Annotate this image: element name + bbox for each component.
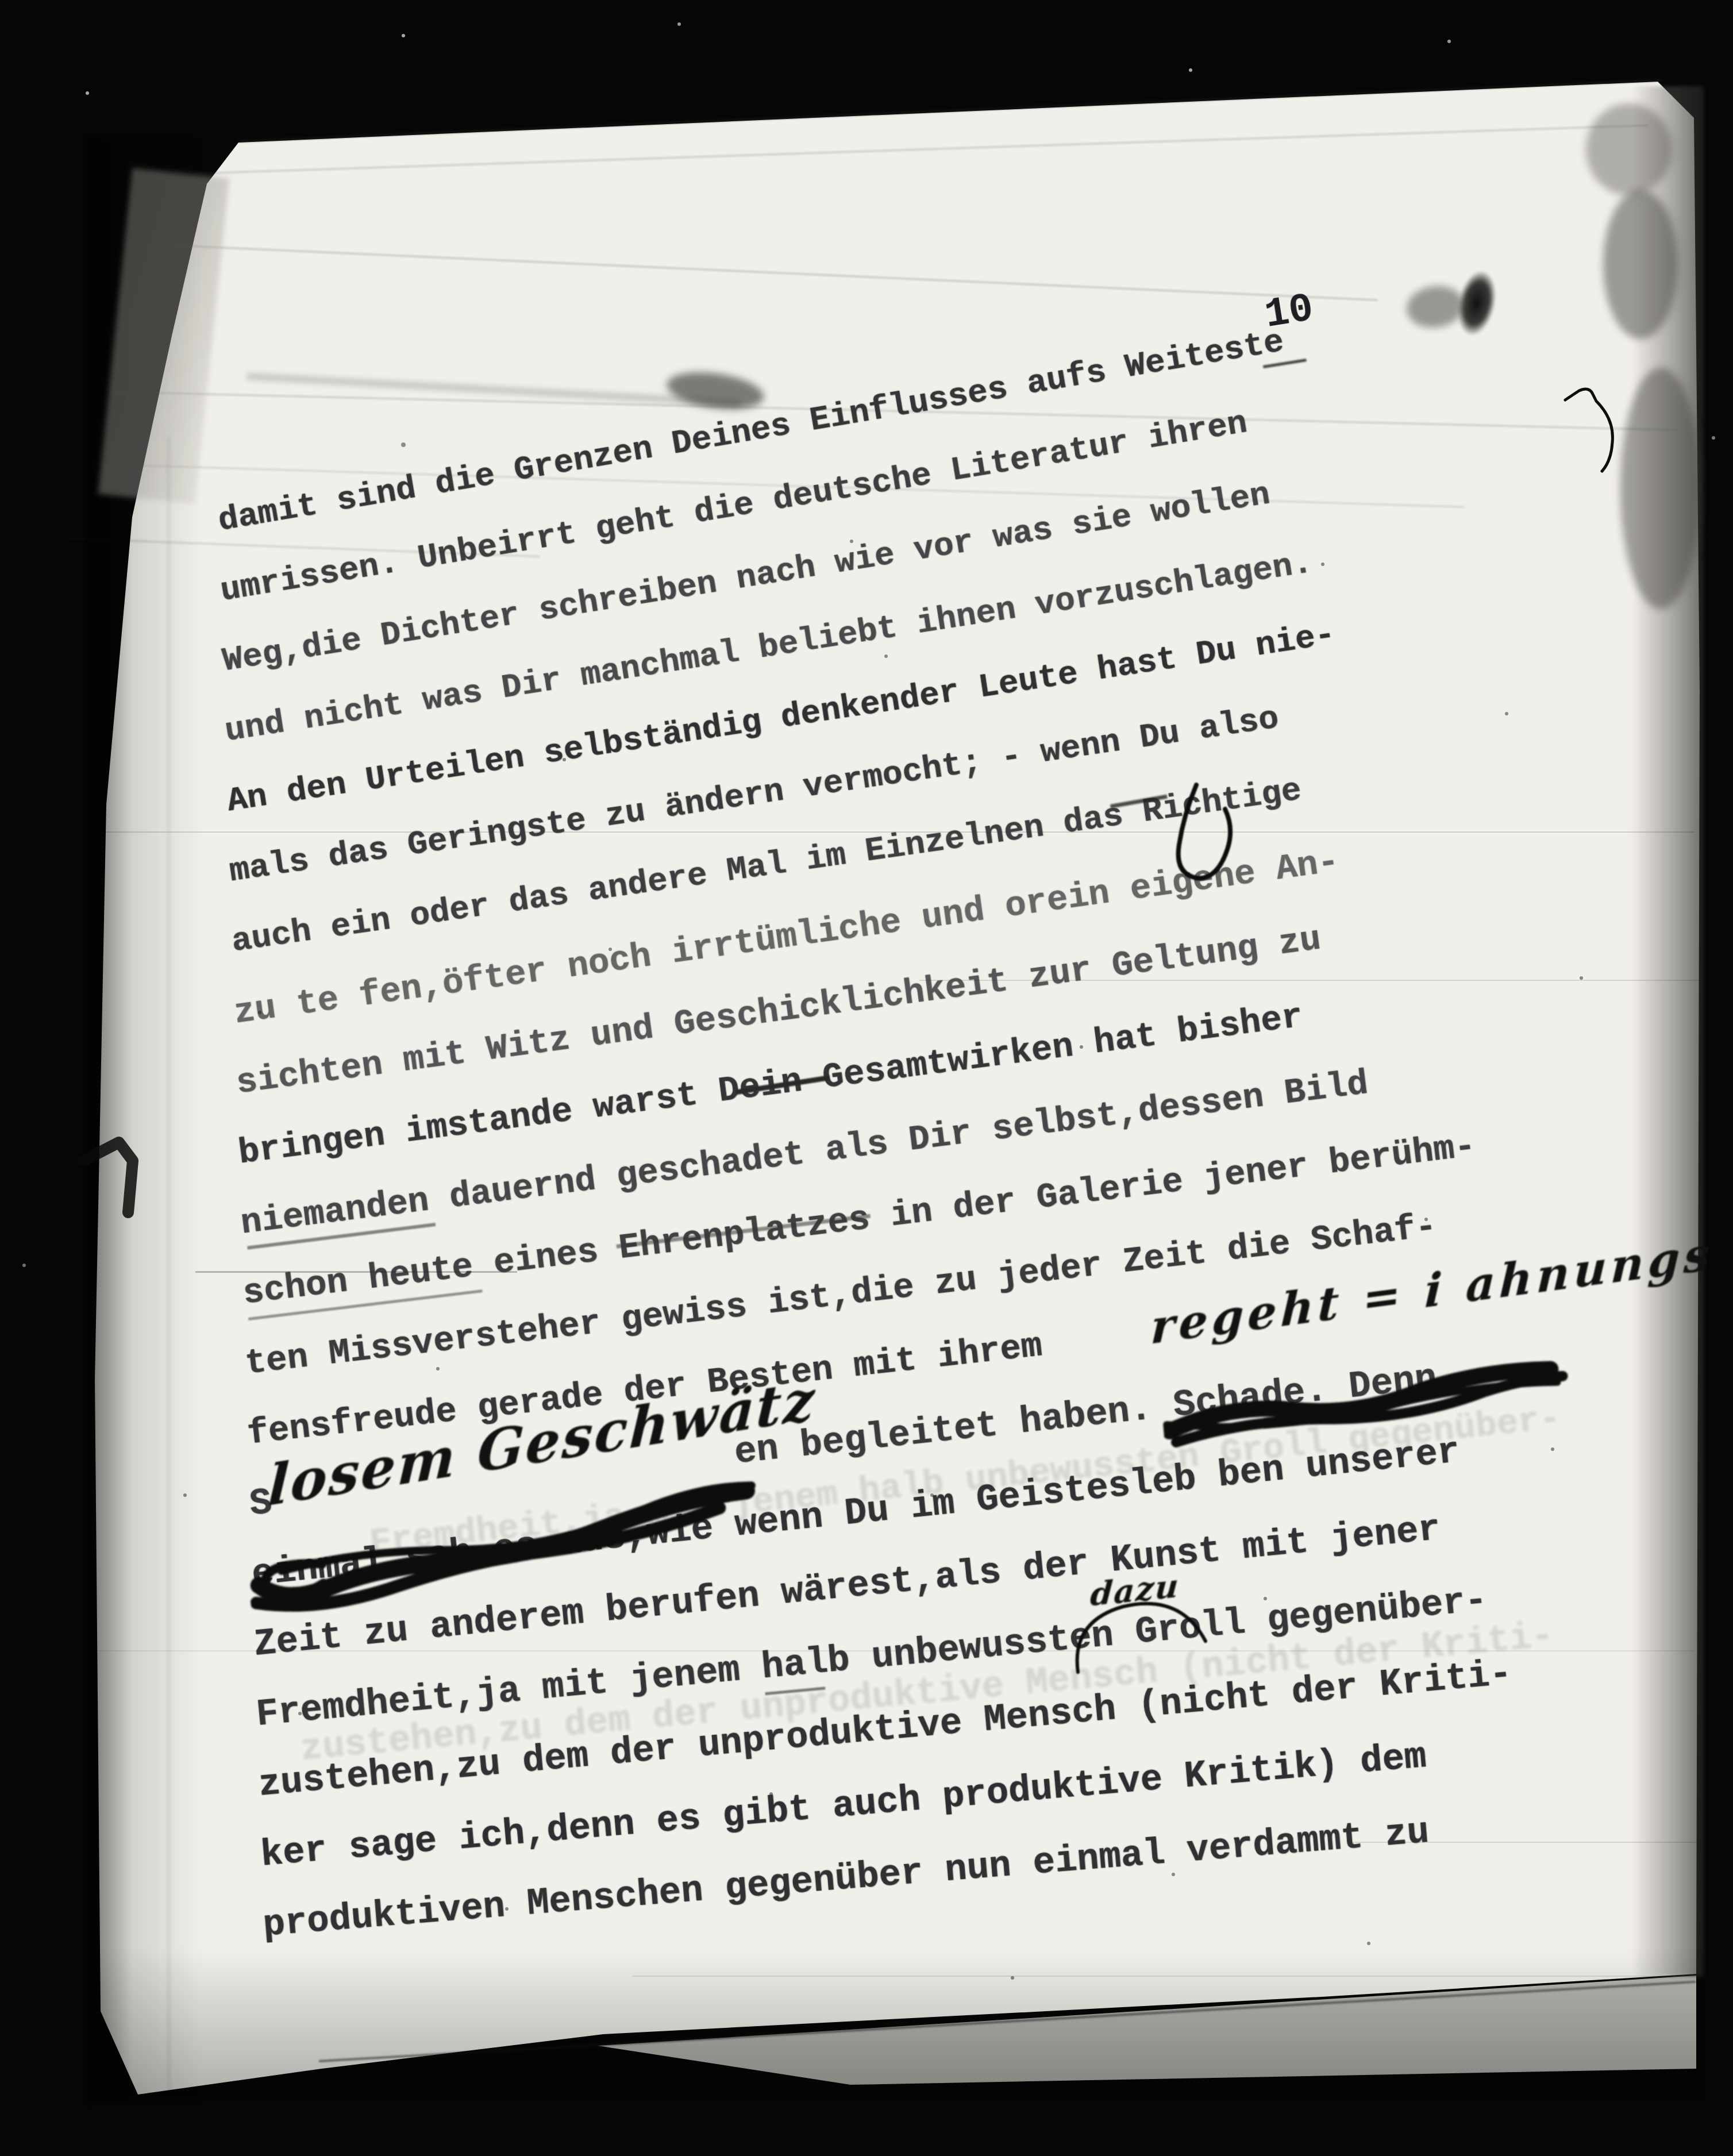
pen-loop-mark <box>1166 780 1270 895</box>
film-specks <box>0 0 2 2</box>
archival-photo: 10 damit sind die Grenzen Deines Einflus… <box>0 0 1733 2156</box>
binder-clip-mark <box>78 1126 158 1241</box>
pen-arc-around-der <box>1068 1596 1217 1688</box>
pen-squiggle-mark <box>1562 384 1636 482</box>
scan-line-6 <box>632 1976 1695 1977</box>
scan-line-1 <box>34 831 1695 833</box>
right-edge-smudge-3 <box>1586 103 1672 195</box>
bottom-shadow <box>98 1948 1701 2097</box>
right-edge-smudge-1 <box>1603 190 1678 339</box>
inner-sheet-edge-line <box>168 437 170 2092</box>
